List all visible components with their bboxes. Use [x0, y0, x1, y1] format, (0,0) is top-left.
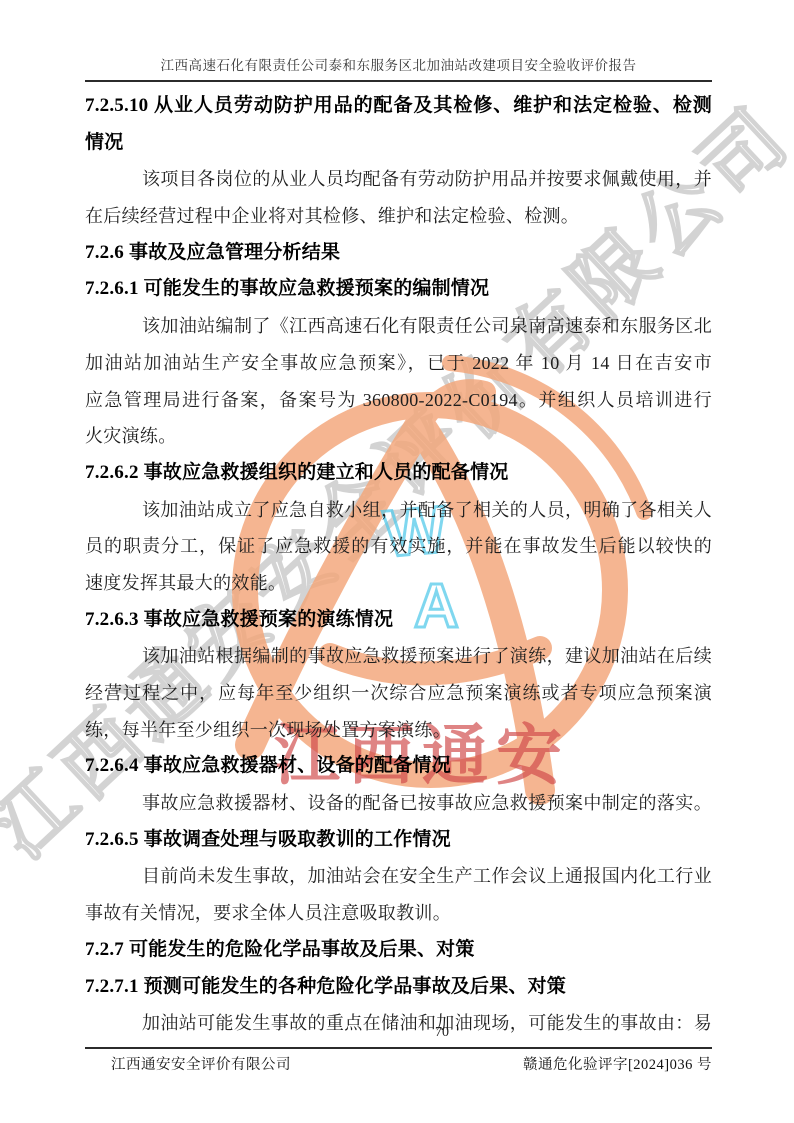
paragraph-line: 速度发挥其最大的效能。	[85, 565, 712, 602]
heading-line: 7.2.5.10 从业人员劳动防护用品的配备及其检修、维护和法定检验、检测	[85, 88, 712, 125]
heading-line: 情况	[85, 125, 712, 162]
content-lines: 7.2.5.10 从业人员劳动防护用品的配备及其检修、维护和法定检验、检测情况该…	[85, 88, 712, 1042]
footer-document-number: 赣通危化验评字[2024]036 号	[523, 1053, 712, 1074]
paragraph-line: 该加油站编制了《江西高速石化有限责任公司泉南高速泰和东服务区北	[85, 308, 712, 345]
heading-line: 7.2.6.5 事故调查处理与吸取教训的工作情况	[85, 822, 712, 859]
heading-line: 7.2.6.1 可能发生的事故应急救援预案的编制情况	[85, 271, 712, 308]
paragraph-line: 目前尚未发生事故，加油站会在安全生产工作会议上通报国内化工行业	[85, 858, 712, 895]
heading-line: 7.2.6 事故及应急管理分析结果	[85, 235, 712, 272]
paragraph-line: 事故应急救援器材、设备的配备已按事故应急救援预案中制定的落实。	[85, 785, 712, 822]
paragraph-line: 应急管理局进行备案，备案号为 360800-2022-C0194。并组织人员培训…	[85, 382, 712, 419]
paragraph-line: 员的职责分工，保证了应急救援的有效实施，并能在事故发生后能以较快的	[85, 528, 712, 565]
page-header-title: 江西高速石化有限责任公司泰和东服务区北加油站改建项目安全验收评价报告	[85, 54, 712, 74]
paragraph-line: 加油站加油站生产安全事故应急预案》，已于 2022 年 10 月 14 日在吉安…	[85, 345, 712, 382]
heading-line: 7.2.6.4 事故应急救援器材、设备的配备情况	[85, 748, 712, 785]
paragraph-line: 加油站可能发生事故的重点在储油和加油现场，可能发生的事故由：易	[85, 1005, 712, 1042]
paragraph-line: 火灾演练。	[85, 418, 712, 455]
report-page: 江西通安安全评价有限公司 W A 江西通安 江西高速石化有限责任公司泰和东服务区…	[0, 0, 794, 1123]
footer-company: 江西通安安全评价有限公司	[85, 1053, 291, 1074]
paragraph-line: 事故有关情况，要求全体人员注意吸取教训。	[85, 895, 712, 932]
page-number: 70	[420, 1025, 464, 1041]
paragraph-line: 该项目各岗位的从业人员均配备有劳动防护用品并按要求佩戴使用，并	[85, 161, 712, 198]
header-rule	[85, 80, 712, 82]
page-footer: 江西通安安全评价有限公司 赣通危化验评字[2024]036 号	[85, 1053, 712, 1074]
paragraph-line: 练，每半年至少组织一次现场处置方案演练。	[85, 712, 712, 749]
paragraph-line: 该加油站成立了应急自救小组，并配备了相关的人员，明确了各相关人	[85, 492, 712, 529]
paragraph-line: 该加油站根据编制的事故应急救援预案进行了演练，建议加油站在后续	[85, 638, 712, 675]
footer-rule	[85, 1047, 712, 1049]
paragraph-line: 在后续经营过程中企业将对其检修、维护和法定检验、检测。	[85, 198, 712, 235]
paragraph-line: 经营过程之中，应每年至少组织一次综合应急预案演练或者专项应急预案演	[85, 675, 712, 712]
heading-line: 7.2.6.2 事故应急救援组织的建立和人员的配备情况	[85, 455, 712, 492]
heading-line: 7.2.7.1 预测可能发生的各种危险化学品事故及后果、对策	[85, 969, 712, 1006]
heading-line: 7.2.6.3 事故应急救援预案的演练情况	[85, 602, 712, 639]
heading-line: 7.2.7 可能发生的危险化学品事故及后果、对策	[85, 932, 712, 969]
